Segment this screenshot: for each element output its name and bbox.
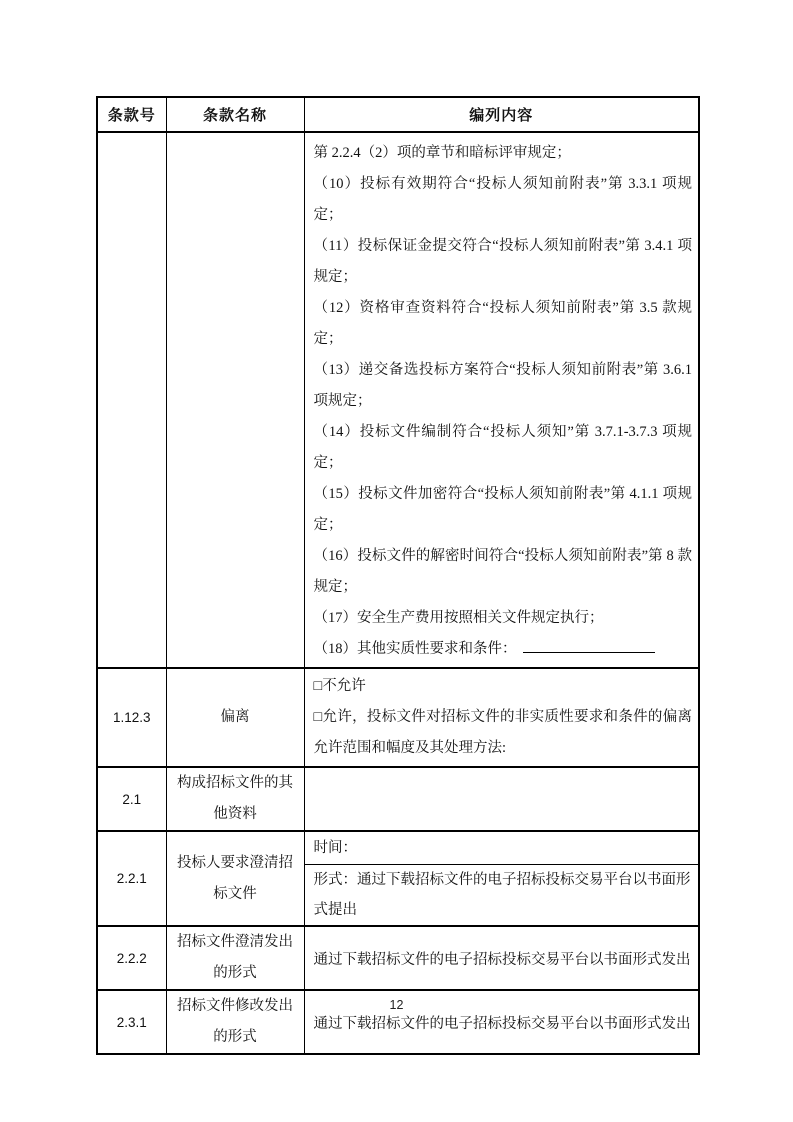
content-line: （10）投标有效期符合“投标人须知前附表”第 3.3.1 项规定； [314, 169, 693, 231]
content-cell: 第 2.2.4（2）项的章节和暗标评审规定； （10）投标有效期符合“投标人须知… [304, 132, 699, 668]
content-line: （17）安全生产费用按照相关文件规定执行； [314, 603, 693, 634]
content-line: （14）投标文件编制符合“投标人须知”第 3.7.1-3.7.3 项规定； [314, 417, 693, 479]
table-row-2-2-2: 2.2.2 招标文件澄清发出的形式 通过下载招标文件的电子招标投标交易平台以书面… [97, 926, 699, 990]
content-cell [304, 767, 699, 831]
time-sub-row: 时间： [305, 832, 699, 865]
clause-table: 条款号 条款名称 编列内容 第 2.2.4（2）项的章节和暗标评审规定； （10… [96, 96, 700, 1055]
content-line: （11）投标保证金提交符合“投标人须知前附表”第 3.4.1 项规定； [314, 231, 693, 293]
table-row-2-2-1: 2.2.1 投标人要求澄清招标文件 时间： 形式：通过下载招标文件的电子招标投标… [97, 831, 699, 926]
page-number: 12 [0, 998, 793, 1012]
content-line: 第 2.2.4（2）项的章节和暗标评审规定； [314, 138, 693, 169]
content-cell: 通过下载招标文件的电子招标投标交易平台以书面形式发出 [304, 926, 699, 990]
content-line: （16）投标文件的解密时间符合“投标人须知前附表”第 8 款规定； [314, 541, 693, 603]
document-page: 条款号 条款名称 编列内容 第 2.2.4（2）项的章节和暗标评审规定； （10… [0, 0, 793, 1122]
table-row-continuation: 第 2.2.4（2）项的章节和暗标评审规定； （10）投标有效期符合“投标人须知… [97, 132, 699, 668]
clause-name-cell: 投标人要求澄清招标文件 [166, 831, 304, 926]
table-row-2-1: 2.1 构成招标文件的其他资料 [97, 767, 699, 831]
content-line: （13）递交备选投标方案符合“投标人须知前附表”第 3.6.1 项规定； [314, 355, 693, 417]
content-line-with-blank: （18）其他实质性要求和条件： [314, 634, 693, 665]
content-line: （15）投标文件加密符合“投标人须知前附表”第 4.1.1 项规定； [314, 479, 693, 541]
clause-name-cell: 偏离 [166, 668, 304, 767]
checkbox-option-not-allowed: □不允许 [314, 671, 693, 702]
header-content: 编列内容 [304, 97, 699, 132]
fill-in-blank-line [523, 639, 655, 653]
form-sub-row: 形式：通过下载招标文件的电子招标投标交易平台以书面形式提出 [305, 865, 699, 925]
clause-no-cell: 1.12.3 [97, 668, 166, 767]
clause-no-cell: 2.2.1 [97, 831, 166, 926]
content-line: （12）资格审查资料符合“投标人须知前附表”第 3.5 款规定； [314, 293, 693, 355]
clause-name-cell: 招标文件澄清发出的形式 [166, 926, 304, 990]
table-row-1-12-3: 1.12.3 偏离 □不允许 □允许，投标文件对招标文件的非实质性要求和条件的偏… [97, 668, 699, 767]
table-header-row: 条款号 条款名称 编列内容 [97, 97, 699, 132]
clause-name-cell [166, 132, 304, 668]
checkbox-option-allowed: □允许，投标文件对招标文件的非实质性要求和条件的偏离允许范围和幅度及其处理方法: [314, 702, 693, 764]
clause-no-cell: 2.2.2 [97, 926, 166, 990]
header-clause-no: 条款号 [97, 97, 166, 132]
header-clause-name: 条款名称 [166, 97, 304, 132]
content-cell-split: 时间： 形式：通过下载招标文件的电子招标投标交易平台以书面形式提出 [304, 831, 699, 926]
clause-no-cell [97, 132, 166, 668]
clause-name-cell: 构成招标文件的其他资料 [166, 767, 304, 831]
clause-no-cell: 2.1 [97, 767, 166, 831]
content-cell: □不允许 □允许，投标文件对招标文件的非实质性要求和条件的偏离允许范围和幅度及其… [304, 668, 699, 767]
content-line: （18）其他实质性要求和条件： [314, 641, 517, 657]
